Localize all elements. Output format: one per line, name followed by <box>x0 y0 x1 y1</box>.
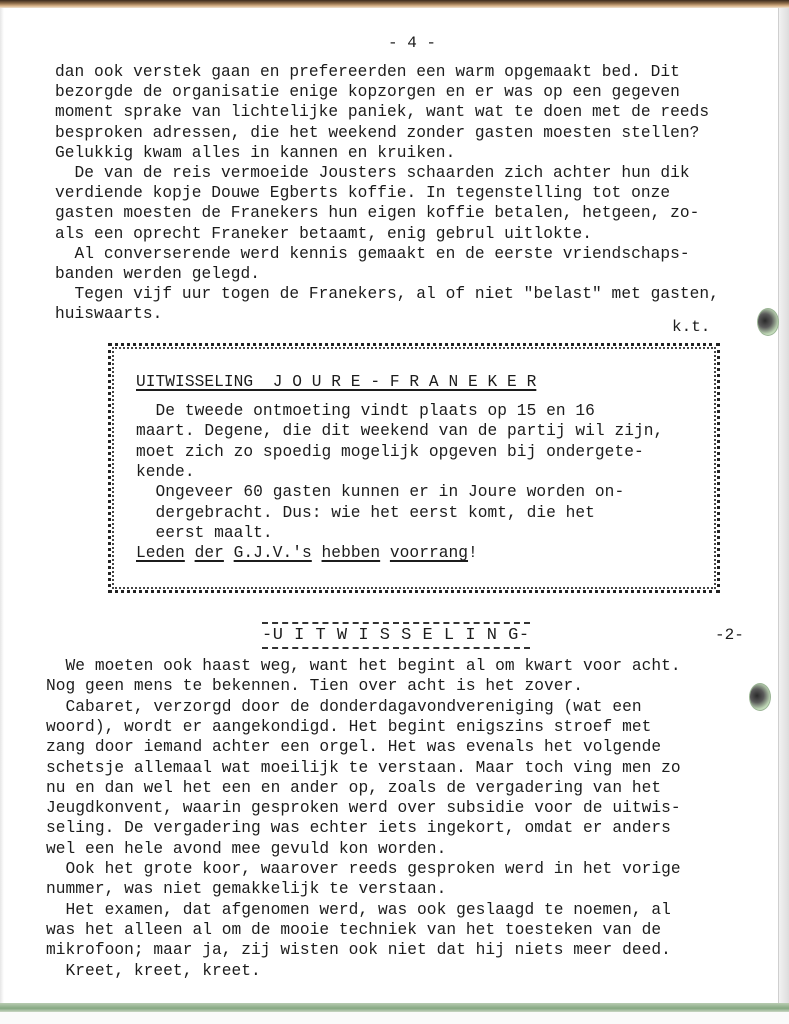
article2-line: Nog geen mens te bekennen. Tien over ach… <box>46 676 583 696</box>
article2-line: woord), wordt er aangekondigd. Het begin… <box>46 717 651 737</box>
article1-line: als een oprecht Franeker betaamt, enig g… <box>55 224 592 244</box>
notice-line: Ongeveer 60 gasten kunnen er in Joure wo… <box>136 482 624 502</box>
article1-line: verdiende kopje Douwe Egberts koffie. In… <box>55 183 670 203</box>
article2-line: mikrofoon; maar ja, zij wisten ook niet … <box>46 940 671 960</box>
article2-line: nu en dan wel het een en ander op, zoals… <box>46 778 661 798</box>
punch-hole-icon <box>757 308 779 336</box>
article1-line: bezorgde de organisatie enige kopzorgen … <box>55 82 680 102</box>
notice-footer-word: voorrang <box>390 544 468 562</box>
notice-line: De tweede ontmoeting vindt plaats op 15 … <box>136 401 595 421</box>
notice-line: kende. <box>136 462 195 482</box>
article1-line: gasten moesten de Franekers hun eigen ko… <box>55 203 699 223</box>
notice-footer-word: hebben <box>322 544 381 562</box>
article2-line: nummer, was niet gemakkelijk te verstaan… <box>46 879 446 899</box>
article1-line: Gelukkig kwam alles in kannen en kruiken… <box>55 143 455 163</box>
paper-left-shadow <box>0 8 4 1003</box>
page-number: - 4 - <box>388 34 436 52</box>
article2-line: was het alleen al om de mooie techniek v… <box>46 920 661 940</box>
article1-line: huiswaarts. <box>55 304 162 324</box>
notice-line: eerst maalt. <box>136 523 273 543</box>
notice-title: UITWISSELING J O U R E - F R A N E K E R <box>136 372 536 392</box>
notice-footer-word: G.J.V.'s <box>234 544 312 562</box>
article1-line: Al converserende werd kennis gemaakt en … <box>55 244 690 264</box>
notice-footer-word: Leden <box>136 544 185 562</box>
article2-line: Jeugdkonvent, waarin gesproken werd over… <box>46 798 681 818</box>
paper-right-edge <box>778 8 789 1008</box>
paper-bottom-strip <box>0 1012 789 1024</box>
notice-footer: Leden der G.J.V.'s hebben voorrang! <box>136 543 478 563</box>
article2-line: schetsje allemaal wat moeilijk te versta… <box>46 758 681 778</box>
article2-line: Kreet, kreet, kreet. <box>46 961 261 981</box>
article2-line: Het examen, dat afgenomen werd, was ook … <box>46 900 671 920</box>
article1-line: moment sprake van lichtelijke paniek, wa… <box>55 102 709 122</box>
article1-line: De van de reis vermoeide Jousters schaar… <box>55 163 690 183</box>
article1-line: banden werden gelegd. <box>55 264 260 284</box>
paper-top-edge <box>0 0 789 8</box>
author-signature: k.t. <box>672 318 710 336</box>
article2-line: seling. De vergadering was echter iets i… <box>46 818 671 838</box>
notice-footer-punctuation: ! <box>468 544 478 562</box>
notice-line: moet zich zo spoedig mogelijk opgeven bi… <box>136 442 644 462</box>
notice-line: dergebracht. Dus: wie het eerst komt, di… <box>136 503 595 523</box>
punch-hole-icon <box>749 683 771 711</box>
article1-line: besproken adressen, die het weekend zond… <box>55 123 699 143</box>
paper-bottom-edge <box>0 1003 789 1012</box>
section-heading: -U I T W I S S E L I N G- <box>262 622 530 649</box>
article2-line: We moeten ook haast weg, want het begint… <box>46 656 681 676</box>
article1-line: dan ook verstek gaan en prefereerden een… <box>55 62 680 82</box>
series-number: -2- <box>715 626 744 644</box>
article2-line: zang door iemand achter een orgel. Het w… <box>46 737 661 757</box>
notice-line: maart. Degene, die dit weekend van de pa… <box>136 421 663 441</box>
notice-footer-word: der <box>195 544 224 562</box>
article2-line: Ook het grote koor, waarover reeds gespr… <box>46 859 681 879</box>
article2-line: wel een hele avond mee gevuld kon worden… <box>46 839 446 859</box>
article1-line: Tegen vijf uur togen de Franekers, al of… <box>55 284 719 304</box>
article2-line: Cabaret, verzorgd door de donderdagavond… <box>46 697 642 717</box>
